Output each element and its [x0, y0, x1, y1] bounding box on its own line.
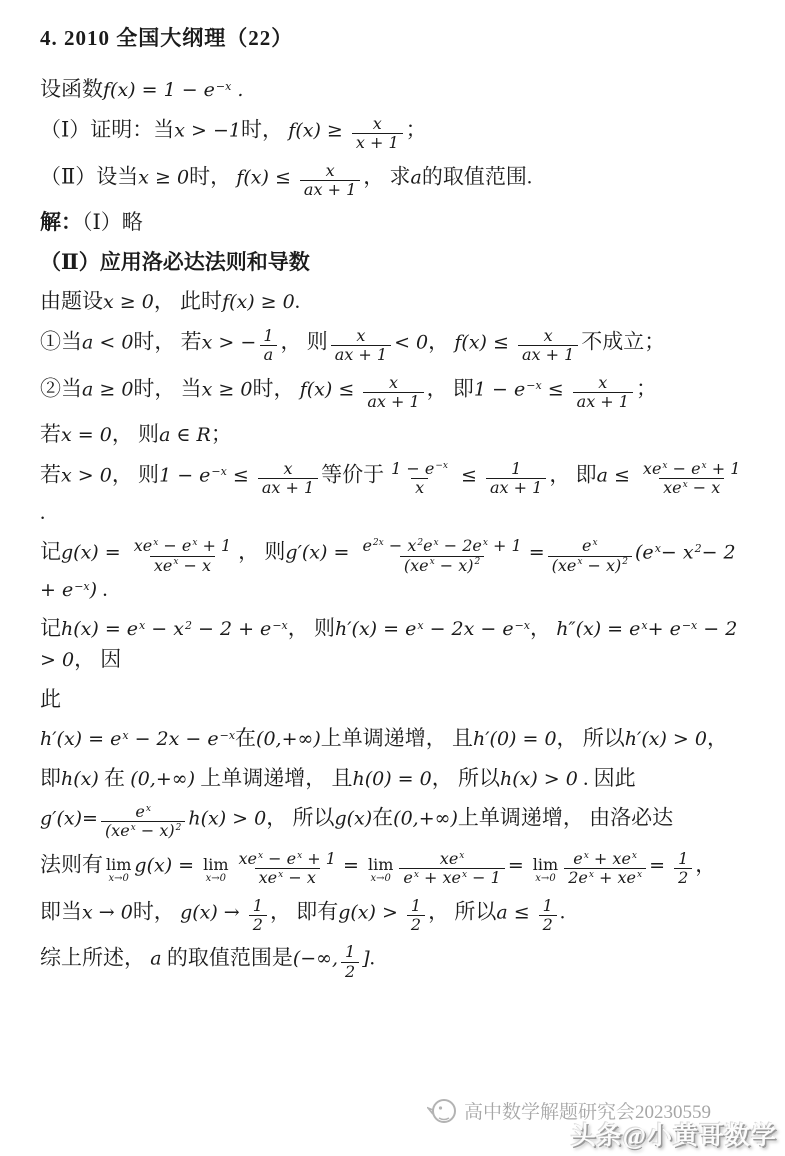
- math-run: xe: [663, 478, 682, 497]
- text-run: 时，: [252, 376, 299, 400]
- text-run: ， 则: [112, 462, 159, 486]
- math-run: a: [411, 166, 422, 188]
- superscript: 2: [185, 619, 192, 632]
- fraction: xex − ex + 1xex − x: [130, 537, 235, 575]
- text-run: ， 求: [363, 164, 410, 188]
- limit-operator: limx→0: [533, 857, 558, 884]
- math-run: g′(x)=: [40, 808, 98, 830]
- fraction: xax + 1: [258, 460, 318, 498]
- math-run: − e: [263, 849, 296, 868]
- case1-a-negative: ①当a < 0时， 若x > −1a， 则xax + 1< 0， f(x) ≤ …: [40, 326, 749, 364]
- superscript: 2: [622, 557, 628, 567]
- math-run: e: [403, 868, 412, 887]
- math-run: xe: [643, 459, 662, 478]
- math-run: a ≥ 0: [82, 378, 133, 400]
- final-answer: 综上所述， a 的取值范围是(−∞,12].: [40, 942, 749, 980]
- math-run: h′(x) = e: [335, 618, 416, 640]
- text-run: （Ⅱ）设当: [40, 164, 138, 188]
- part1-statement: （Ⅰ）证明：当x > −1时， f(x) ≥ xx + 1；: [40, 114, 749, 152]
- text-run: 设函数: [40, 77, 103, 101]
- math-run: f(x) ≤: [454, 331, 515, 353]
- math-run: f(x) = 1 − e: [103, 79, 215, 101]
- math-run: xe: [259, 868, 278, 887]
- text-run: ， 则: [238, 540, 285, 564]
- math-run: f(x) ≥ 0: [222, 291, 295, 313]
- math-run: h′(0) = 0: [473, 728, 557, 750]
- title: 4. 2010 全国大纲理（22）: [40, 20, 749, 56]
- math-run: (xe: [404, 556, 429, 575]
- text-run: 不成立；: [581, 329, 665, 353]
- math-run: xe: [134, 536, 153, 555]
- math-run: x: [598, 373, 607, 392]
- math-run: < 0: [394, 331, 428, 353]
- text-run: ；: [406, 117, 427, 141]
- fraction: e2x − x2ex − 2ex + 1(xex − x)2: [358, 537, 525, 575]
- text-run: ， 即: [549, 462, 596, 486]
- math-run: + xe: [589, 849, 631, 868]
- math-run: 1: [263, 326, 273, 345]
- math-run: + 1: [197, 536, 231, 555]
- h-prime-monotonic: h′(x) = ex − 2x − e−x在(0,+∞)上单调递增， 且h′(0…: [40, 723, 749, 754]
- text-run: ，: [695, 852, 716, 876]
- math-run: − 1: [467, 868, 501, 887]
- watermark-brand-text: 头条@小黄哥数学: [571, 1116, 777, 1152]
- fraction: xax + 1: [573, 374, 633, 412]
- math-run: ]: [362, 948, 369, 970]
- math-run: a: [264, 345, 274, 364]
- superscript: x: [637, 870, 642, 880]
- text-run: 在: [235, 726, 256, 750]
- math-run: 1 − e: [159, 464, 210, 486]
- math-run: g′(x) =: [285, 542, 355, 564]
- fraction: xex − ex + 1xex − x: [639, 460, 744, 498]
- math-run: − 2x − e: [424, 618, 514, 640]
- problem-setup: 设函数f(x) = 1 − e−x .: [40, 74, 749, 105]
- math-run: x ≥ 0: [202, 378, 253, 400]
- limit-conclusion: 即当x → 0时， g(x) → 12， 即有g(x) > 12， 所以a ≤ …: [40, 896, 749, 934]
- text-run: .: [295, 289, 300, 313]
- superscript: −x: [74, 580, 89, 593]
- math-run: 2: [253, 915, 263, 934]
- math-run: x: [373, 114, 382, 133]
- text-run: .: [560, 899, 565, 923]
- math-run: − e: [668, 459, 701, 478]
- text-run: ；: [211, 422, 232, 446]
- fraction: 12: [539, 897, 557, 935]
- math-run: ): [90, 579, 97, 601]
- math-run: x = 0: [61, 424, 112, 446]
- math-run: e: [573, 849, 582, 868]
- math-run: .: [231, 79, 243, 101]
- fraction: xax + 1: [300, 162, 360, 200]
- watermark: 高中数学解题研究会20230559 头条@小黄哥数学: [427, 1090, 779, 1154]
- premise: 由题设x ≥ 0， 此时f(x) ≥ 0.: [40, 286, 749, 317]
- document-body: 4. 2010 全国大纲理（22）设函数f(x) = 1 − e−x .（Ⅰ）证…: [0, 0, 785, 980]
- text-run: 的取值范围是: [162, 946, 293, 970]
- fraction: xax + 1: [331, 327, 391, 365]
- math-run: h′(x) > 0: [625, 728, 707, 750]
- math-run: x > −1: [174, 119, 241, 141]
- math-run: 1: [511, 459, 521, 478]
- limit-operator: limx→0: [203, 857, 228, 884]
- math-run: + xe: [419, 868, 461, 887]
- math-run: x ≥ 0: [138, 166, 189, 188]
- math-run: x: [389, 373, 398, 392]
- case2-a-nonnegative: ②当a ≥ 0时， 当x ≥ 0时， f(x) ≤ xax + 1， 即1 − …: [40, 373, 749, 411]
- math-run: 2e: [568, 868, 588, 887]
- fraction: xax + 1: [363, 374, 423, 412]
- text-run: .: [97, 577, 108, 601]
- fraction: 12: [249, 897, 267, 935]
- fraction: ex(xex − x)2: [548, 537, 632, 575]
- math-run: 1: [253, 896, 263, 915]
- math-run: − x: [178, 556, 211, 575]
- math-run: g(x) →: [180, 901, 246, 923]
- text-run: 由题设: [40, 289, 103, 313]
- text-run: .: [40, 500, 45, 524]
- limit-operator: limx→0: [368, 857, 393, 884]
- math-run: 1: [345, 942, 355, 961]
- fraction: xex − ex + 1xex − x: [235, 850, 340, 888]
- math-run: ≤: [542, 378, 570, 400]
- math-run: h(x) > 0: [500, 768, 578, 790]
- math-run: x > 0: [61, 464, 112, 486]
- math-run: f(x) ≤: [300, 378, 361, 400]
- math-run: a ≤: [597, 464, 636, 486]
- fraction: 12: [407, 897, 425, 935]
- text-run: 若: [40, 422, 61, 446]
- math-run: − x: [145, 618, 184, 640]
- text-run: ， 则: [288, 616, 335, 640]
- fraction: xx + 1: [352, 115, 403, 153]
- math-run: x: [326, 161, 335, 180]
- math-run: e: [423, 536, 432, 555]
- text-run: ，: [707, 726, 728, 750]
- math-run: a < 0: [82, 331, 133, 353]
- math-run: (0,+∞): [393, 808, 458, 830]
- text-run: ， 即: [427, 376, 474, 400]
- h-monotonic: 即h(x) 在 (0,+∞) 上单调递增， 且h(0) = 0， 所以h(x) …: [40, 763, 749, 794]
- math-run: 1: [543, 896, 553, 915]
- math-run: =: [649, 854, 671, 876]
- define-g: 记g(x) = xex − ex + 1xex − x， 则g′(x) = e2…: [40, 536, 749, 604]
- math-run: − x): [435, 556, 474, 575]
- math-run: 1: [678, 849, 688, 868]
- math-run: x: [283, 459, 292, 478]
- text-run: 在: [99, 766, 131, 790]
- case-x-positive: 若x > 0， 则1 − e−x ≤ xax + 1等价于1 − e−xx ≤ …: [40, 459, 749, 527]
- math-run: ax + 1: [577, 392, 629, 411]
- math-run: ax + 1: [490, 478, 542, 497]
- math-run: − e: [158, 536, 191, 555]
- ci-continuation: 此: [40, 684, 749, 714]
- math-run: h′(x) = e: [40, 728, 121, 750]
- text-run: 此: [40, 687, 61, 711]
- math-run: ax + 1: [522, 345, 574, 364]
- math-run: h(x): [61, 768, 99, 790]
- text-run: 的取值范围.: [422, 164, 532, 188]
- superscript: −x: [211, 465, 226, 478]
- superscript: −x: [435, 461, 448, 471]
- math-run: + xe: [594, 868, 636, 887]
- superscript: −x: [220, 729, 235, 742]
- text-run: ①当: [40, 329, 82, 353]
- math-run: x + 1: [356, 133, 399, 152]
- superscript: x: [146, 804, 151, 814]
- math-run: ax + 1: [304, 180, 356, 199]
- math-run: ax + 1: [262, 478, 314, 497]
- superscript: 2x: [373, 538, 384, 548]
- math-run: + 1: [707, 459, 741, 478]
- math-run: x: [356, 326, 365, 345]
- text-run: 记: [40, 616, 61, 640]
- math-run: x: [544, 326, 553, 345]
- define-h: 记h(x) = ex − x2 − 2 + e−x， 则h′(x) = ex −…: [40, 613, 749, 674]
- math-run: 2: [411, 915, 421, 934]
- fraction: xax + 1: [518, 327, 578, 365]
- fraction: 1ax + 1: [486, 460, 546, 498]
- superscript: −x: [272, 619, 287, 632]
- text-run: ， 此时: [154, 289, 222, 313]
- fraction: 1a: [259, 327, 277, 365]
- math-run: (0,+∞): [130, 768, 195, 790]
- math-run: + 1: [302, 849, 336, 868]
- math-run: − 2x − e: [129, 728, 219, 750]
- math-run: ax + 1: [367, 392, 419, 411]
- math-run: (0,+∞): [256, 728, 321, 750]
- math-run: xe: [239, 849, 258, 868]
- math-run: − x): [136, 821, 175, 840]
- math-run: x ≥ 0: [103, 291, 154, 313]
- superscript: 2: [695, 542, 702, 555]
- text-run: ， 所以: [428, 899, 496, 923]
- math-run: g(x) >: [338, 901, 404, 923]
- superscript: −x: [515, 619, 530, 632]
- text-run: 时，: [189, 164, 236, 188]
- math-run: g(x) =: [61, 542, 127, 564]
- lhopital-limits: 法则有limx→0g(x) = limx→0xex − ex + 1xex − …: [40, 849, 749, 887]
- text-run: 上单调递增， 由洛必达: [458, 806, 673, 830]
- math-run: xe: [440, 849, 459, 868]
- text-run: ②当: [40, 376, 82, 400]
- text-run: ， 因: [74, 647, 121, 671]
- math-run: − x: [661, 542, 694, 564]
- math-run: h(x) = e: [61, 618, 138, 640]
- superscript: x: [632, 851, 637, 861]
- math-run: + e: [648, 618, 681, 640]
- text-run: ；: [636, 376, 657, 400]
- g-prime-positive: g′(x)=ex(xex − x)2h(x) > 0， 所以g(x)在(0,+∞…: [40, 802, 749, 840]
- math-run: (−∞,: [293, 948, 338, 970]
- math-run: 2: [345, 962, 355, 981]
- math-run: ≤: [455, 464, 483, 486]
- text-run: ， 则: [112, 422, 159, 446]
- text-run: 即: [40, 766, 61, 790]
- text-run: 时，: [133, 899, 180, 923]
- math-run: + 1: [488, 536, 522, 555]
- math-run: h(x) > 0: [188, 808, 266, 830]
- math-run: f(x) ≤: [236, 166, 297, 188]
- superscript: −x: [526, 379, 541, 392]
- math-run: =: [529, 542, 545, 564]
- text-run: ，: [530, 616, 556, 640]
- text-run: . 因此: [578, 766, 636, 790]
- text-run: ， 所以: [266, 806, 334, 830]
- text-run: ， 所以: [557, 726, 625, 750]
- text-run: 时， 当: [133, 376, 201, 400]
- text-run: 时， 若: [133, 329, 201, 353]
- math-run: (xe: [105, 821, 130, 840]
- math-run: ≤: [227, 464, 255, 486]
- math-run: h(0) = 0: [352, 768, 431, 790]
- text-run: 上单调递增， 且: [321, 726, 473, 750]
- math-run: − 2e: [439, 536, 482, 555]
- math-run: − x: [384, 536, 417, 555]
- fraction: 12: [674, 850, 692, 888]
- math-run: g(x): [334, 808, 372, 830]
- text-run: 即当: [40, 899, 82, 923]
- part2-statement: （Ⅱ）设当x ≥ 0时， f(x) ≤ xax + 1， 求a的取值范围.: [40, 161, 749, 199]
- superscript: −x: [682, 619, 697, 632]
- math-run: f(x) ≥: [288, 119, 349, 141]
- superscript: −x: [216, 80, 231, 93]
- superscript: 2: [176, 823, 182, 833]
- math-run: − 2 + e: [192, 618, 271, 640]
- bold-text-run: 4. 2010 全国大纲理（22）: [40, 26, 293, 50]
- text-run: （Ⅰ）证明：当: [40, 117, 174, 141]
- math-run: x: [415, 478, 424, 497]
- superscript: x: [593, 538, 598, 548]
- text-run: （Ⅰ）略: [82, 210, 143, 234]
- text-run: 若: [40, 462, 61, 486]
- math-run: e: [135, 802, 144, 821]
- math-run: − x: [283, 868, 316, 887]
- math-run: e: [582, 536, 591, 555]
- math-run: − x: [688, 478, 721, 497]
- math-run: ax + 1: [335, 345, 387, 364]
- math-run: 1: [411, 896, 421, 915]
- text-run: 综上所述，: [40, 946, 150, 970]
- math-run: 2: [678, 868, 688, 887]
- math-run: =: [343, 854, 365, 876]
- text-run: 记: [40, 540, 61, 564]
- math-run: 1 − e: [474, 378, 525, 400]
- bold-text-run: 解：: [40, 210, 82, 234]
- math-run: (xe: [552, 556, 577, 575]
- math-run: e: [362, 536, 371, 555]
- fraction: ex + xex2ex + xex: [564, 850, 646, 888]
- math-run: (e: [635, 542, 654, 564]
- math-run: g(x) =: [134, 854, 200, 876]
- fraction: 12: [341, 943, 359, 981]
- solution-part2-heading: （Ⅱ）应用洛必达法则和导数: [40, 247, 749, 277]
- solution-part1: 解：（Ⅰ）略: [40, 207, 749, 237]
- penguin-sketch-icon: [427, 1096, 459, 1124]
- math-run: − x): [582, 556, 621, 575]
- limit-operator: limx→0: [106, 857, 131, 884]
- math-run: =: [508, 854, 530, 876]
- math-run: x → 0: [82, 901, 133, 923]
- text-run: .: [370, 946, 375, 970]
- text-run: 等价于: [321, 462, 384, 486]
- bold-text-run: （Ⅱ）应用洛必达法则和导数: [40, 250, 310, 274]
- text-run: ， 所以: [432, 766, 500, 790]
- fraction: xexex + xex − 1: [399, 850, 504, 888]
- math-run: a ≤: [496, 901, 535, 923]
- math-run: a: [150, 948, 161, 970]
- fraction: 1 − e−xx: [387, 460, 452, 498]
- case-x-equals-0: 若x = 0， 则a ∈ R；: [40, 419, 749, 450]
- text-run: 法则有: [40, 852, 103, 876]
- text-run: 在: [372, 806, 393, 830]
- math-run: x > −: [202, 331, 257, 353]
- text-run: ，: [428, 329, 454, 353]
- math-run: h″(x) = e: [556, 618, 640, 640]
- superscript: 2: [475, 557, 481, 567]
- text-run: 上单调递增， 且: [195, 766, 353, 790]
- fraction: ex(xex − x)2: [101, 803, 185, 841]
- math-run: xe: [154, 556, 173, 575]
- math-run: 1 − e: [391, 459, 434, 478]
- text-run: ， 则: [281, 329, 328, 353]
- text-run: ， 即有: [270, 899, 338, 923]
- superscript: x: [459, 851, 464, 861]
- math-run: a ∈ R: [159, 424, 211, 446]
- math-run: 2: [543, 915, 553, 934]
- text-run: 时，: [241, 117, 288, 141]
